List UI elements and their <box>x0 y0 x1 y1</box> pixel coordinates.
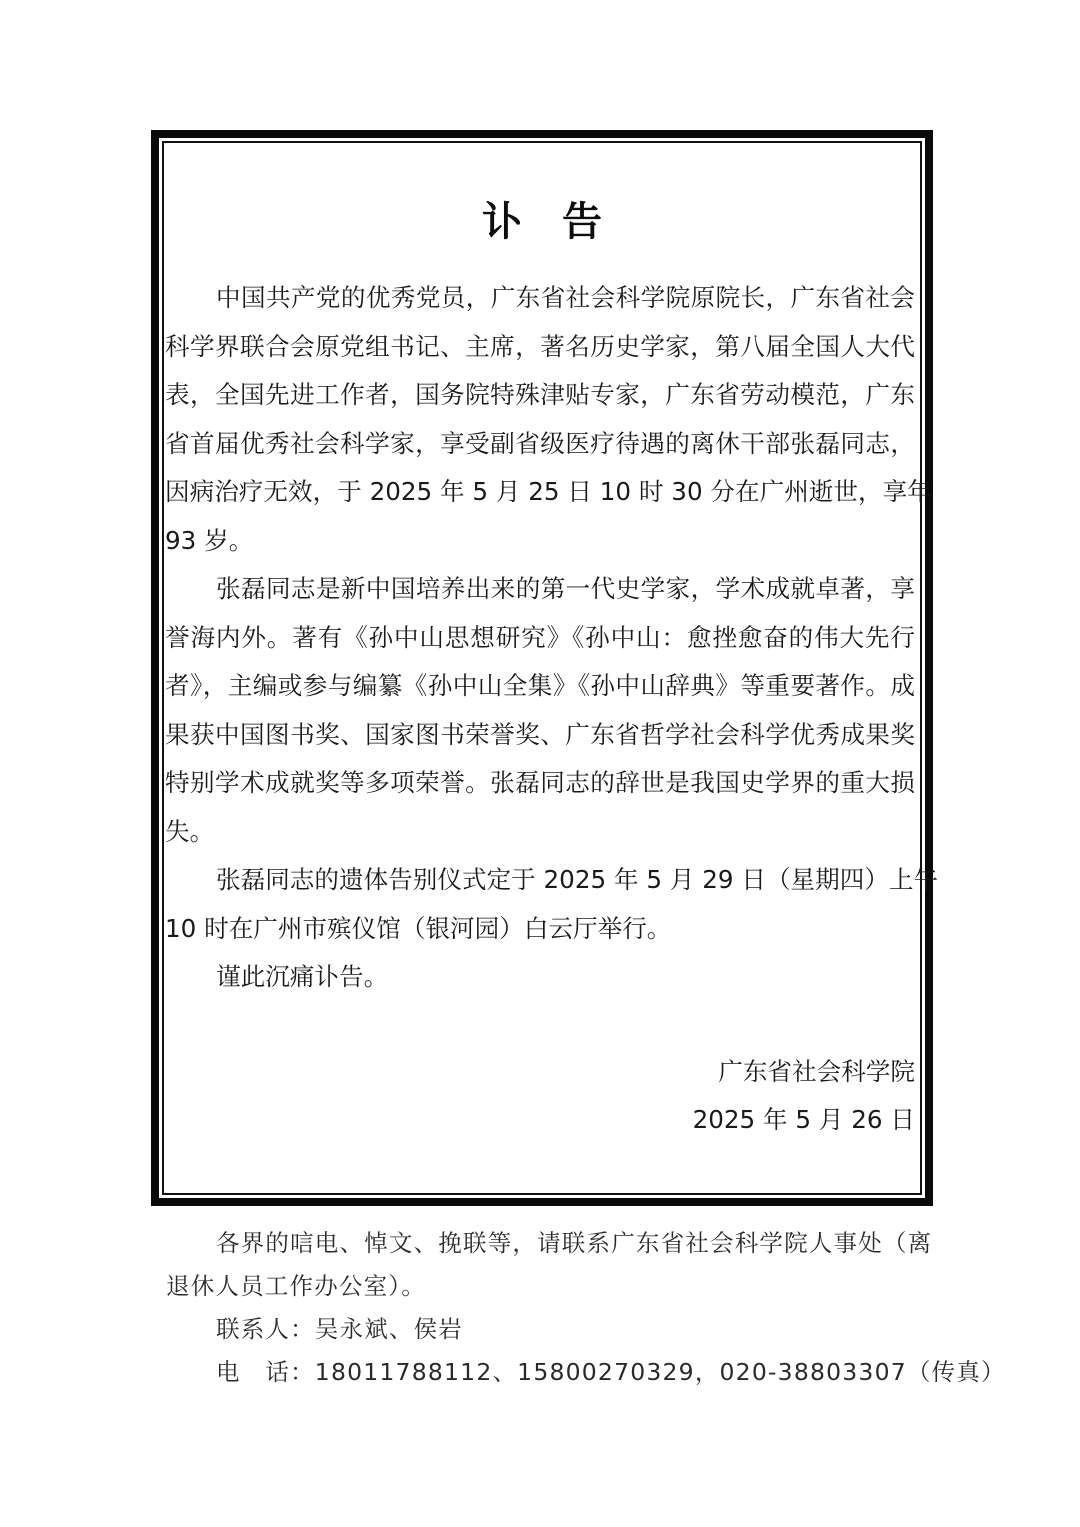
text-line: 10 时在广州市殡仪馆（银河园）白云厅举行。 <box>165 905 915 954</box>
obituary-title: 讣告 <box>159 190 925 247</box>
text-line: 果获中国图书奖、国家图书荣誉奖、广东省哲学社会科学优秀成果奖 <box>165 711 915 760</box>
text-line: 张磊同志是新中国培养出来的第一代史学家，学术成就卓著，享 <box>165 565 915 614</box>
text-line: 表，全国先进工作者，国务院特殊津贴专家，广东省劳动模范，广东 <box>165 371 915 420</box>
paragraph-announcement: 中国共产党的优秀党员，广东省社会科学院原院长，广东省社会 科学界联合会原党组书记… <box>165 274 915 565</box>
contact-footer: 各界的唁电、悼文、挽联等，请联系广东省社会科学院人事处（离 退休人员工作办公室）… <box>166 1222 918 1394</box>
signature-date: 2025 年 5 月 26 日 <box>693 1096 915 1144</box>
text-line: 失。 <box>165 808 915 857</box>
text-line: 科学界联合会原党组书记、主席，著名历史学家，第八届全国人大代 <box>165 323 915 372</box>
text-line: 中国共产党的优秀党员，广东省社会科学院原院长，广东省社会 <box>165 274 915 323</box>
text-line: 93 岁。 <box>165 517 915 566</box>
condolence-line: 各界的唁电、悼文、挽联等，请联系广东省社会科学院人事处（离 <box>166 1222 918 1265</box>
text-line: 者》，主编或参与编纂《孙中山全集》《孙中山辞典》等重要著作。成 <box>165 662 915 711</box>
title-char-1: 讣 <box>482 199 522 245</box>
text-line: 谨此沉痛讣告。 <box>165 953 915 1002</box>
condolence-line: 退休人员工作办公室）。 <box>166 1265 918 1308</box>
contact-persons: 联系人：吴永斌、侯岩 <box>166 1308 918 1351</box>
title-char-2: 告 <box>562 199 602 245</box>
obituary-frame: 讣告 中国共产党的优秀党员，广东省社会科学院原院长，广东省社会 科学界联合会原党… <box>151 130 933 1206</box>
paragraph-farewell-ceremony: 张磊同志的遗体告别仪式定于 2025 年 5 月 29 日（星期四）上午 10 … <box>165 856 915 953</box>
text-line: 张磊同志的遗体告别仪式定于 2025 年 5 月 29 日（星期四）上午 <box>165 856 915 905</box>
signature-block: 广东省社会科学院 2025 年 5 月 26 日 <box>693 1048 915 1144</box>
paragraph-achievements: 张磊同志是新中国培养出来的第一代史学家，学术成就卓著，享 誉海内外。著有《孙中山… <box>165 565 915 856</box>
contact-phone: 电 话：18011788112、15800270329，020-38803307… <box>166 1351 918 1394</box>
text-line: 省首届优秀社会科学家，享受副省级医疗待遇的离休干部张磊同志， <box>165 420 915 469</box>
signature-organization: 广东省社会科学院 <box>693 1048 915 1096</box>
text-line: 特别学术成就奖等多项荣誉。张磊同志的辞世是我国史学界的重大损 <box>165 759 915 808</box>
paragraph-closing: 谨此沉痛讣告。 <box>165 953 915 1002</box>
text-line: 誉海内外。著有《孙中山思想研究》《孙中山：愈挫愈奋的伟大先行 <box>165 614 915 663</box>
obituary-body: 中国共产党的优秀党员，广东省社会科学院原院长，广东省社会 科学界联合会原党组书记… <box>165 274 915 1002</box>
text-line: 因病治疗无效，于 2025 年 5 月 25 日 10 时 30 分在广州逝世，… <box>165 468 915 517</box>
